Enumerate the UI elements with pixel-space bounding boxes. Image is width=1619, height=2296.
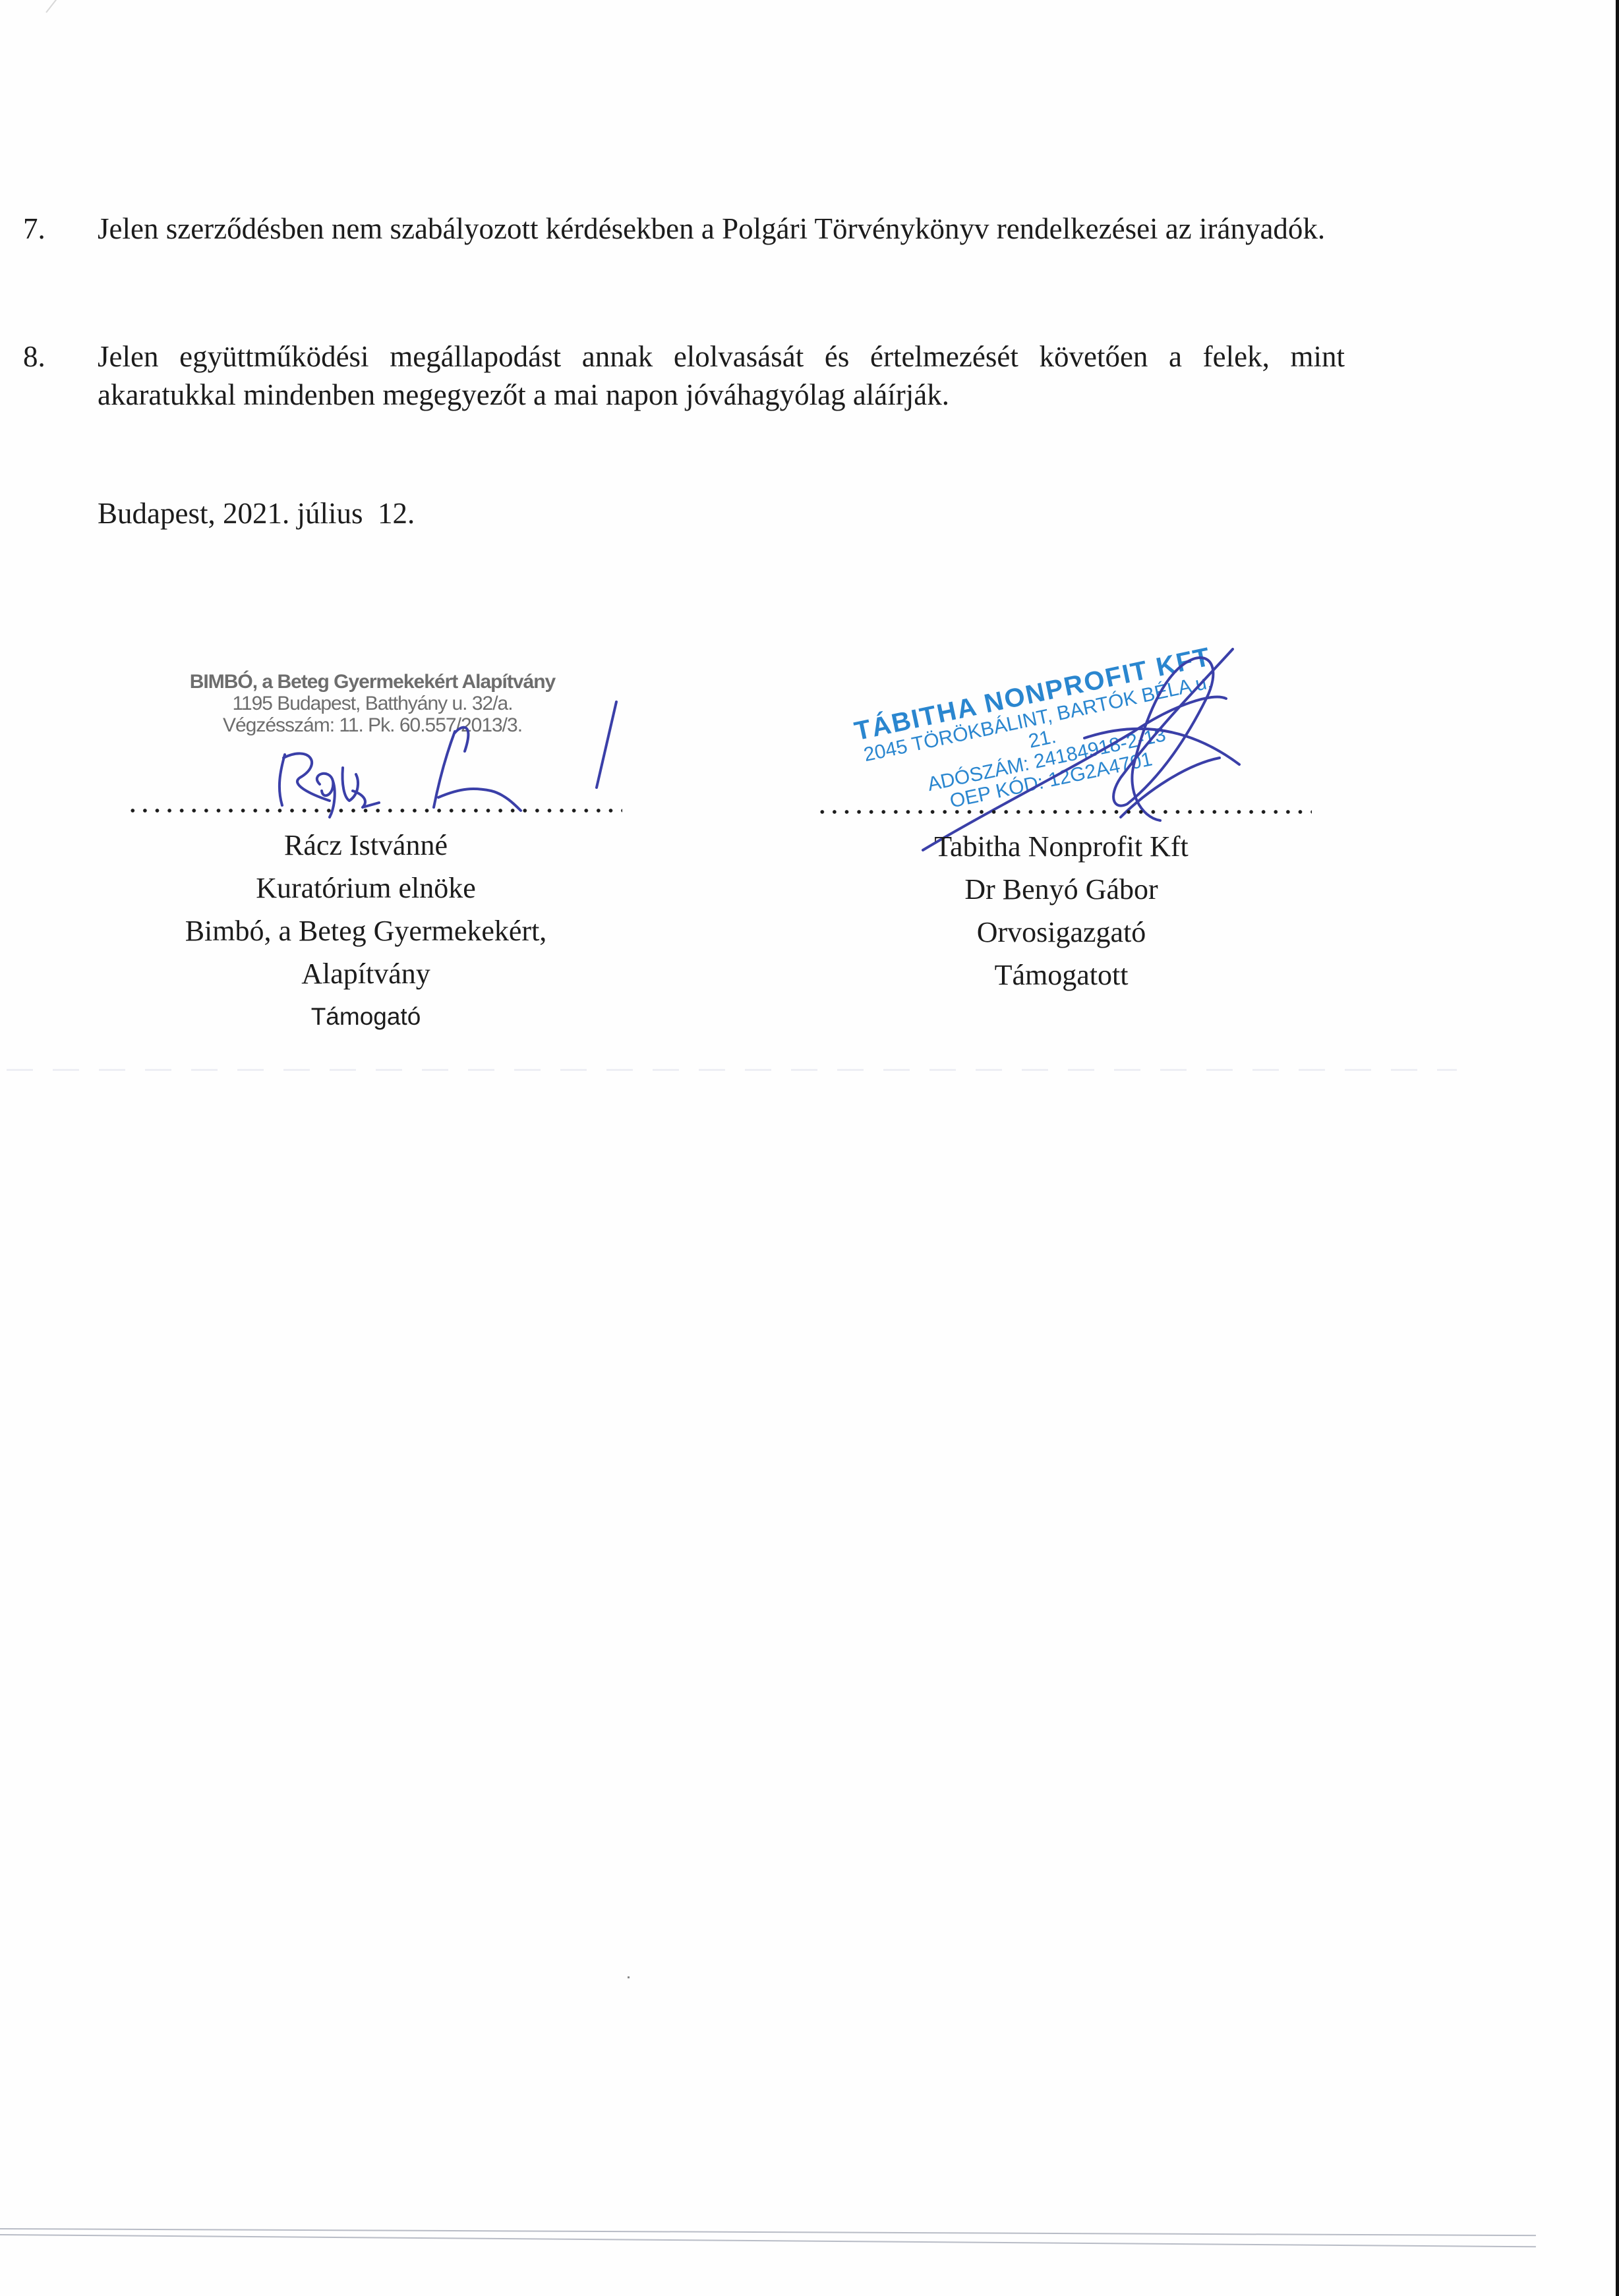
signer-name: Rácz Istvánné: [135, 824, 597, 867]
clause-number: 8.: [23, 337, 45, 376]
signer-role: Támogató: [135, 995, 597, 1038]
scan-page-edge: [1616, 0, 1619, 2296]
bimbo-foundation-stamp: BIMBÓ, a Beteg Gyermekekért Alapítvány 1…: [185, 671, 560, 736]
tabitha-stamp: TÁBITHA NONPROFIT KFT 2045 TÖRÖKBÁLINT, …: [849, 642, 1234, 830]
clause-number: 7.: [23, 210, 45, 248]
clause-text: Jelen szerződésben nem szabályozott kérd…: [98, 210, 1345, 248]
signer-title: Kuratórium elnöke: [135, 867, 597, 909]
signer-org: Bimbó, a Beteg Gyermekekért,: [135, 909, 597, 952]
scan-line: [0, 2228, 1536, 2236]
scan-corner-mark: [45, 0, 67, 13]
scan-line: [0, 2234, 1536, 2247]
stamp-registration: Végzésszám: 11. Pk. 60.557/2013/3.: [185, 714, 560, 736]
signer-role: Támogatott: [831, 954, 1292, 996]
signer-org-continued: Alapítvány: [135, 952, 597, 995]
scan-speck: [628, 1976, 630, 1978]
stamp-address: 1195 Budapest, Batthyány u. 32/a.: [185, 693, 560, 714]
stamp-org: BIMBÓ, a Beteg Gyermekekért Alapítvány: [185, 671, 560, 693]
signer-org: Tabitha Nonprofit Kft: [831, 825, 1292, 868]
signer-name: Dr Benyó Gábor: [831, 868, 1292, 911]
signer-block-supporter: Rácz Istvánné Kuratórium elnöke Bimbó, a…: [135, 824, 597, 1038]
place-and-date: Budapest, 2021. július 12.: [98, 494, 415, 532]
scan-artifact: [7, 1069, 1457, 1071]
signer-title: Orvosigazgató: [831, 911, 1292, 954]
signer-block-supported: Tabitha Nonprofit Kft Dr Benyó Gábor Orv…: [831, 825, 1292, 996]
clause-8: 8. Jelen együttműködési megállapodást an…: [23, 337, 1345, 414]
clause-7: 7. Jelen szerződésben nem szabályozott k…: [23, 210, 1345, 248]
handwritten-signatures: [0, 0, 1619, 923]
signature-line-right: [816, 809, 1312, 815]
clause-text: Jelen együttműködési megállapodást annak…: [98, 337, 1345, 414]
signature-line-left: [127, 808, 622, 813]
